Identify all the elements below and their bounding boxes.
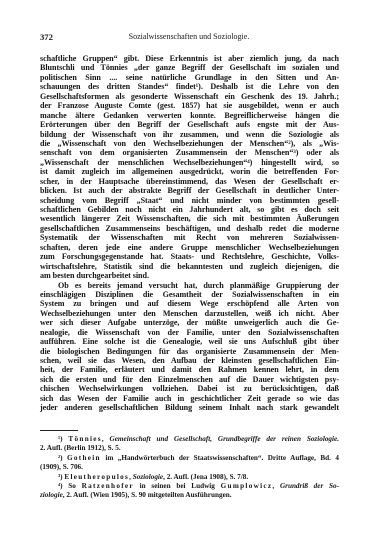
text-line: schaftlichen Gebilden noch nicht ein Jah…: [40, 205, 339, 214]
text-line: der Franzose Auguste Comte (gest. 1857) …: [40, 101, 339, 110]
text-line: sich das Wesen der Familie auch in gesch…: [40, 394, 339, 403]
text-line: schen, weil sie das Wesen, den Aufbau de…: [40, 356, 339, 365]
footnote-1-line-1: ¹) Tönnies, Gemeinschaft und Gesellschaf…: [40, 435, 339, 444]
text-line: schauungen des dritten Standes“ findet¹)…: [40, 82, 339, 91]
footnote-3-line-1: ³) Eleutheropulos, Soziologie, 2. Aufl. …: [40, 473, 339, 482]
book-title: ziologie: [40, 491, 63, 499]
author-name: Gumplowicz: [221, 482, 273, 490]
text-line: manche ältere Gedanken verwerten konnte.…: [40, 111, 339, 120]
book-title: Soziologie: [133, 473, 163, 481]
text-line: Systematik der Wissenschaften mit Recht …: [40, 233, 339, 242]
text-line: senschaft von dem organisierten Zusammen…: [40, 148, 339, 157]
text-line: Bluntschli und Tönnies „der ganze Begrif…: [40, 63, 339, 72]
text-line: Ob es bereits jemand versucht hat, durch…: [40, 281, 339, 290]
footnote-2-line-1: ²) Gothein im „Handwörterbuch der Staats…: [40, 454, 339, 463]
text-line: scheidung vom Begriff „Staat“ und nicht …: [40, 196, 339, 205]
text-line: schaften, deren jede eine andere Gruppe …: [40, 243, 339, 252]
text-line: nealogie, die Wissenschaft von der Famil…: [40, 328, 339, 337]
text-line: chischen Wechselwirkungen vollziehen. Da…: [40, 384, 339, 393]
text-line: am besten durchgearbeitet sind.: [40, 271, 339, 280]
text-line: jeder anderen gesellschaftlichen Bildung…: [40, 403, 339, 412]
text-line: „Wissenschaft der menschlichen Wechselbe…: [40, 158, 339, 167]
book-page: 372 Sozialwissenschaften und Soziologie.…: [0, 0, 378, 558]
author-name: Eleutheropulos: [64, 473, 129, 481]
text-line: System zu bringen und auf diesem Wege er…: [40, 299, 339, 308]
text-line: blicken. Ist auch der abstrakte Begriff …: [40, 186, 339, 195]
text-line: sich die ersten und für den Einzelmensch…: [40, 375, 339, 384]
text-line: aufführen. Eine solche ist die Genealogi…: [40, 337, 339, 346]
text-line: Erörterungen über den Begriff der Gesell…: [40, 120, 339, 129]
text-line: wesentlich längerer Zeit Wissenschaften,…: [40, 214, 339, 223]
book-title: Grundriß der So-: [280, 482, 339, 490]
text-line: wirtschaftslehre, Statistik sind die bek…: [40, 262, 339, 271]
text-line: ist damit zugleich im allgemeinen ausged…: [40, 167, 339, 176]
text-line: schaftliche Gruppen“ gibt. Diese Erkennt…: [40, 54, 339, 63]
book-title: Gemeinschaft und Gesellschaft, Grundbegr…: [110, 435, 339, 443]
text-line: bildung der Wissenschaft von ihr zusamme…: [40, 130, 339, 139]
footnote-4-line-1: ⁴) So Ratzenhofer in seinen bei Ludwig G…: [40, 482, 339, 491]
running-title: Sozialwissenschaften und Soziologie.: [40, 31, 338, 43]
footnote-divider: [40, 430, 78, 431]
text-line: Wechselbeziehungen unter den Menschen da…: [40, 309, 339, 318]
text-line: politischen Sinn .... seine natürliche G…: [40, 73, 339, 82]
footnote-4-line-2: ziologie, 2. Aufl. (Wien 1905), S. 90 mi…: [40, 491, 339, 500]
text-line: scher, in der Hauptsache übereinstimmend…: [40, 177, 339, 186]
text-line: zum Forschungsgegenstande hat. Staats- u…: [40, 252, 339, 261]
text-line: heit, der Familie, erläutert und damit d…: [40, 365, 339, 374]
footnote-1-line-2: 2. Aufl. (Berlin 1912), S. 5.: [40, 444, 339, 453]
author-name: Gothein: [67, 454, 101, 462]
text-line: einschlägigen Disziplinen die Gesamtheit…: [40, 290, 339, 299]
body-text: schaftliche Gruppen“ gibt. Diese Erkennt…: [40, 54, 339, 413]
author-name: Ratzenhofer: [82, 482, 134, 490]
text-line: die „Wissenschaft von den Wechselbeziehu…: [40, 139, 339, 148]
footnote-2-line-2: (1909), S. 706.: [40, 463, 339, 472]
author-name: Tönnies: [68, 435, 101, 443]
text-line: gesellschaftlichen Zusammenseins beschäf…: [40, 224, 339, 233]
page-header: 372 Sozialwissenschaften und Soziologie.: [40, 31, 338, 43]
text-line: die biologischen Bedingungen für das org…: [40, 347, 339, 356]
footnotes: ¹) Tönnies, Gemeinschaft und Gesellschaf…: [40, 435, 339, 501]
text-line: wer sich dieser Aufgabe unterzöge, der m…: [40, 318, 339, 327]
text-line: Gesellschaftsformen als gesonderte Wisse…: [40, 92, 339, 101]
